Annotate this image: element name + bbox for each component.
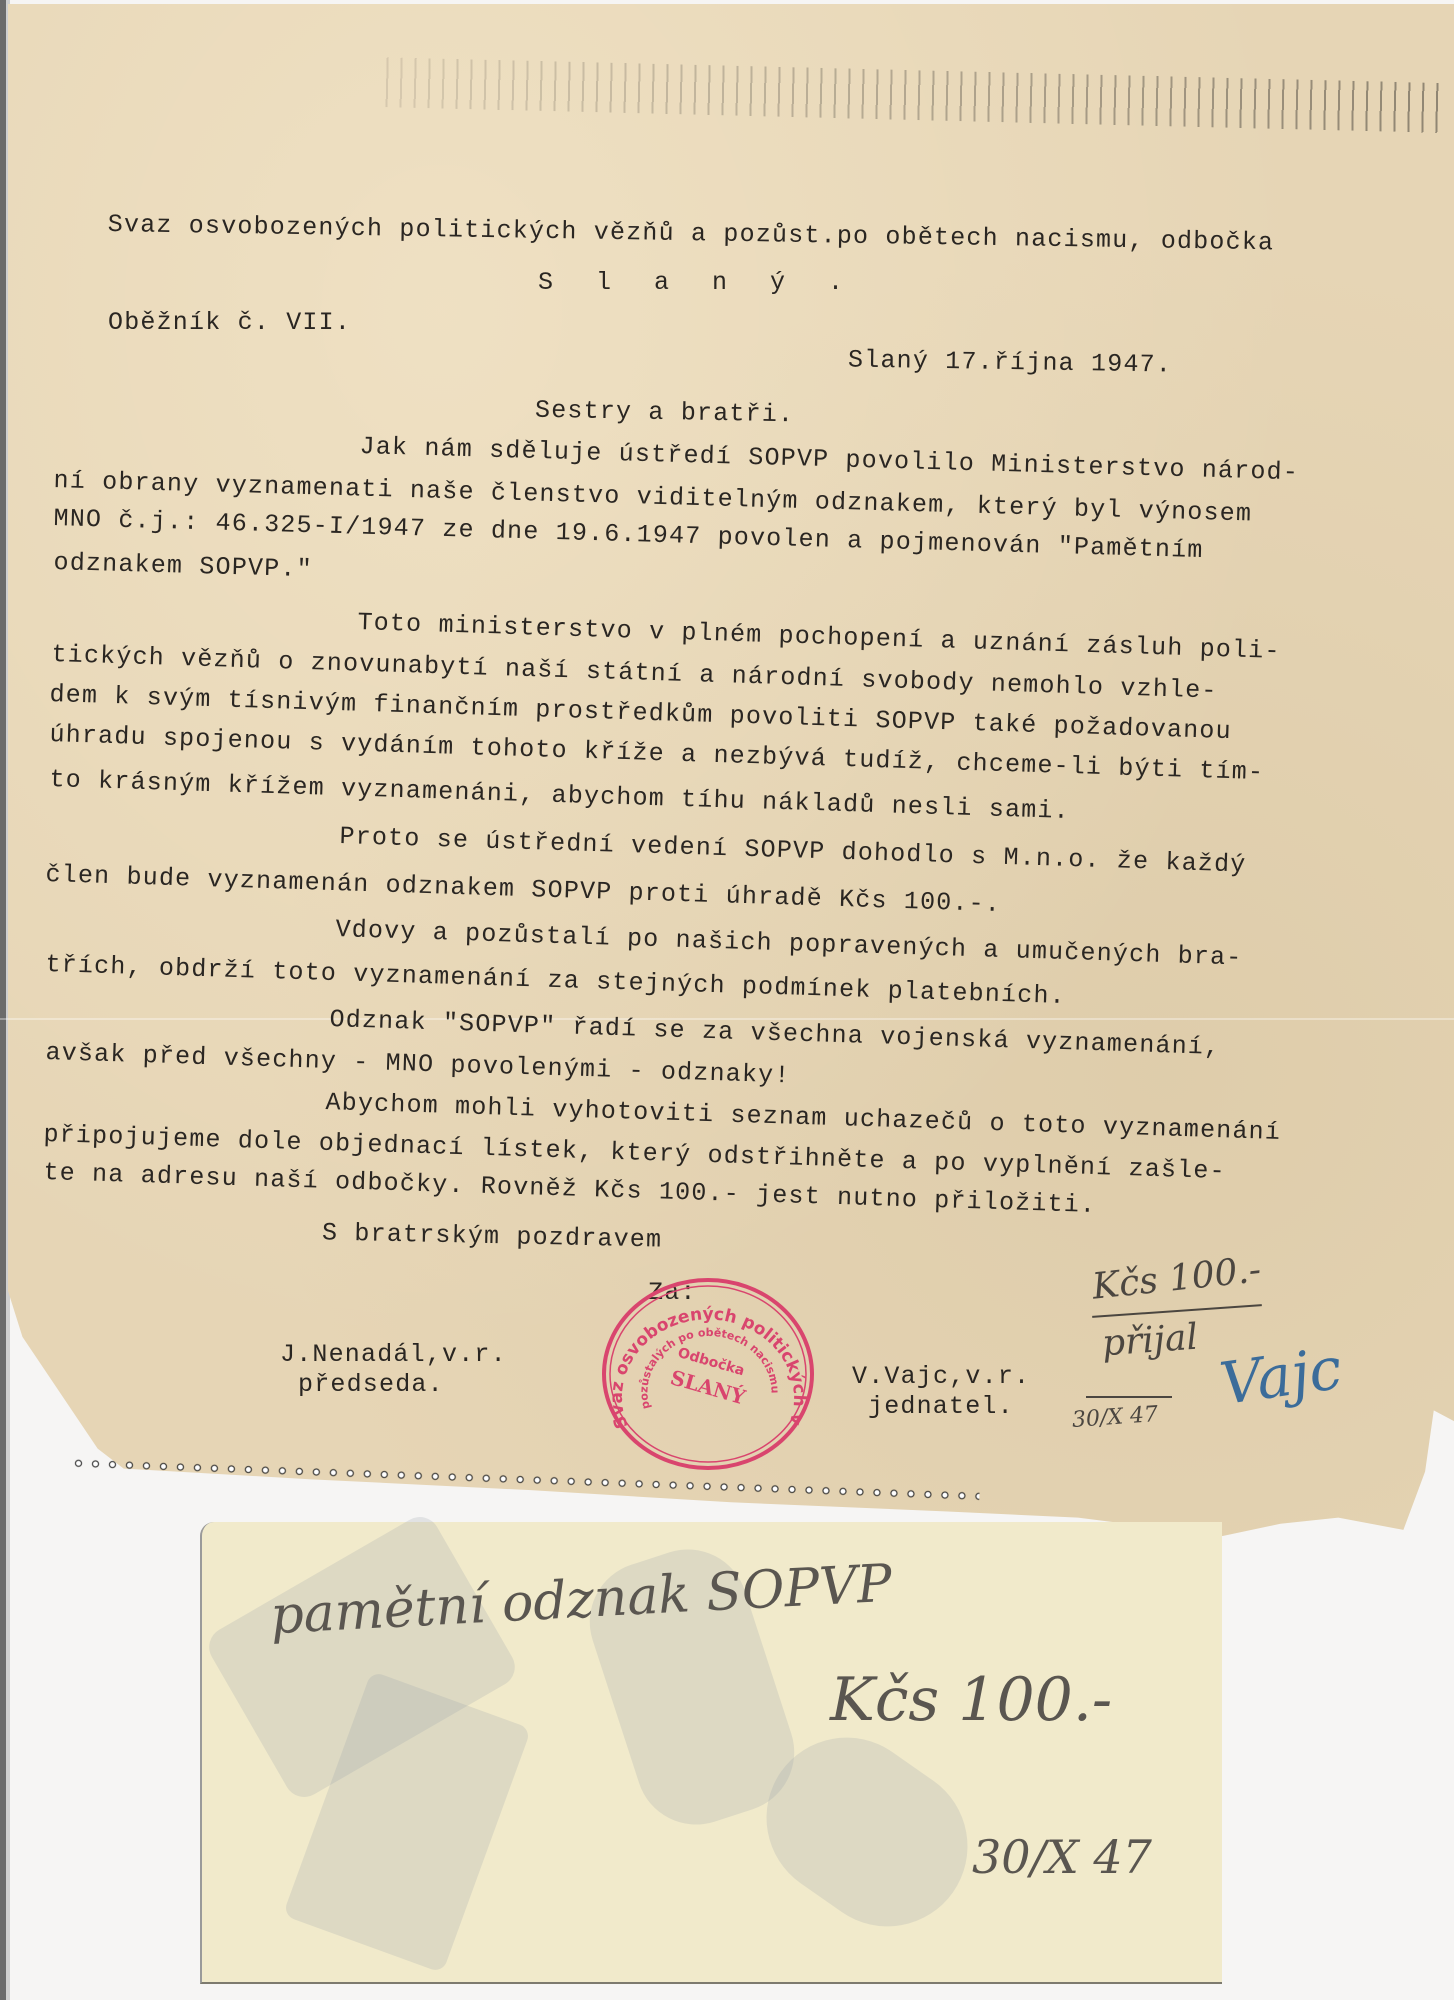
branch-name: S l a n ý . — [538, 268, 857, 297]
chairman-name: J.Nenadál,v.r. — [280, 1340, 507, 1369]
handwritten-underline-2 — [1086, 1396, 1172, 1398]
salutation: Sestry a bratři. — [535, 396, 795, 430]
slip-handwritten-date: 30/X 47 — [972, 1830, 1152, 1884]
secretary-name: V.Vajc,v.r. — [852, 1362, 1030, 1391]
official-stamp: Svaz osvobozených politických vězňů pozů… — [598, 1276, 818, 1472]
secretary-role: jednatel. — [868, 1392, 1014, 1421]
chairman-role: předseda. — [298, 1370, 444, 1399]
slip-handwritten-amount: Kčs 100.- — [830, 1665, 1112, 1735]
stamp-seal-icon: Svaz osvobozených politických vězňů pozů… — [598, 1276, 818, 1472]
handwritten-received: přijal — [1101, 1317, 1200, 1365]
circular-number: Oběžník č. VII. — [108, 308, 351, 337]
date-line: Slaný 17.října 1947. — [848, 345, 1172, 379]
